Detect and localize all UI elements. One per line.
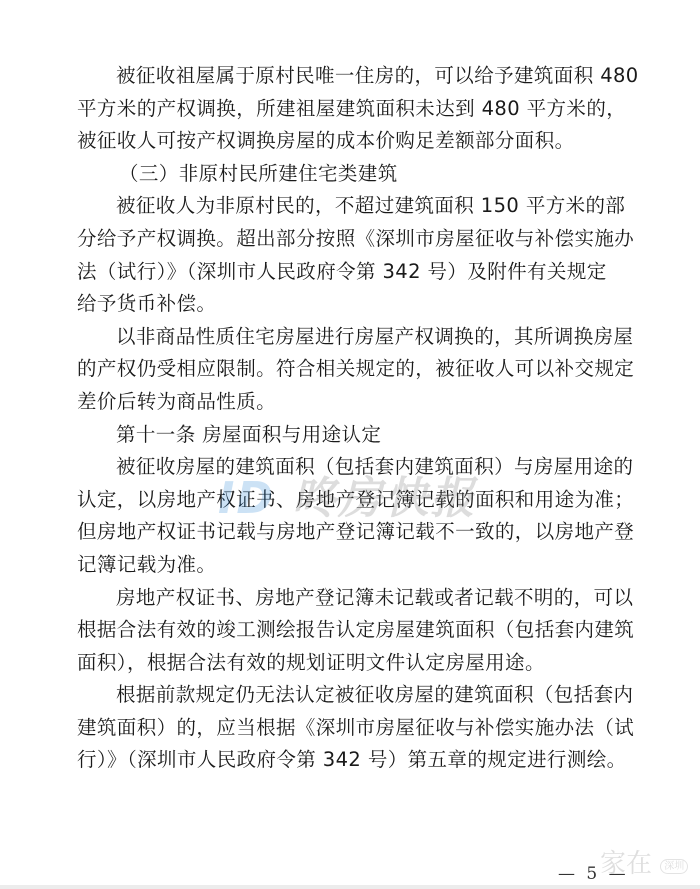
text-line: 被征收房屋的建筑面积（包括套内建筑面积）与房屋用途的 <box>77 451 622 484</box>
text-line: 给予货币补偿。 <box>77 288 622 321</box>
text-line: 被征收人可按产权调换房屋的成本价购足差额部分面积。 <box>77 125 622 158</box>
text-line: 但房地产权证书记载与房地产登记簿记载不一致的，以房地产登 <box>77 516 622 549</box>
text-line: 建筑面积）的，应当根据《深圳市房屋征收与补偿实施办法（试 <box>77 712 622 745</box>
text-line: 法（试行）》（深圳市人民政府令第 342 号）及附件有关规定 <box>77 256 622 289</box>
text-line: 记簿记载为准。 <box>77 549 622 582</box>
text-line: 平方米的产权调换，所建祖屋建筑面积未达到 480 平方米的， <box>77 93 622 126</box>
text-line: 行）》（深圳市人民政府令第 342 号）第五章的规定进行测绘。 <box>77 744 622 777</box>
section-heading: （三）非原村民所建住宅类建筑 <box>77 158 622 191</box>
text-line: 的产权仍受相应限制。符合相关规定的，被征收人可以补交规定 <box>77 353 622 386</box>
document-page: 被征收祖屋属于原村民唯一住房的，可以给予建筑面积 480 平方米的产权调换，所建… <box>0 0 700 889</box>
text-line: 差价后转为商品性质。 <box>77 386 622 419</box>
article-heading: 第十一条 房屋面积与用途认定 <box>77 419 622 452</box>
text-line: 根据前款规定仍无法认定被征收房屋的建筑面积（包括套内 <box>77 679 622 712</box>
text-line: 分给予产权调换。超出部分按照《深圳市房屋征收与补偿实施办 <box>77 223 622 256</box>
corner-watermark-text: 家在 <box>600 849 652 879</box>
text-line: 被征收人为非原村民的，不超过建筑面积 150 平方米的部 <box>77 190 622 223</box>
text-line: 认定，以房地产权证书、房地产登记簿记载的面积和用途为准； <box>77 484 622 517</box>
document-body: 被征收祖屋属于原村民唯一住房的，可以给予建筑面积 480 平方米的产权调换，所建… <box>77 60 622 777</box>
text-line: 面积），根据合法有效的规划证明文件认定房屋用途。 <box>77 647 622 680</box>
text-line: 被征收祖屋属于原村民唯一住房的，可以给予建筑面积 480 <box>77 60 622 93</box>
corner-watermark-city: 深圳 <box>660 859 688 874</box>
footer-divider <box>0 885 700 889</box>
text-line: 房地产权证书、房地产登记簿未记载或者记载不明的，可以 <box>77 582 622 615</box>
corner-watermark: 家在 深圳 <box>600 843 688 880</box>
text-line: 以非商品性质住宅房屋进行房屋产权调换的，其所调换房屋 <box>77 321 622 354</box>
text-line: 根据合法有效的竣工测绘报告认定房屋建筑面积（包括套内建筑 <box>77 614 622 647</box>
